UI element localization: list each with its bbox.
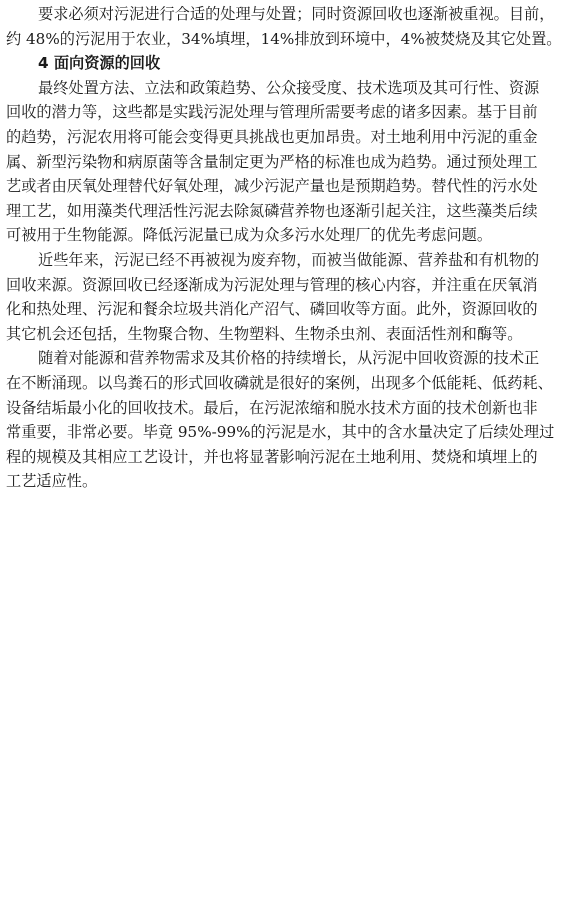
text-line: 要求必须对污泥进行合适的处理与处置；同时资源回收也逐渐被重视。目前，	[6, 2, 572, 27]
paragraph-1: 最终处置方法、立法和政策趋势、公众接受度、技术选项及其可行性、资源 回收的潜力等…	[6, 76, 572, 248]
text-line: 属、新型污染物和病原菌等含量制定更为严格的标准也成为趋势。通过预处理工	[6, 150, 572, 175]
section-heading: 4 面向资源的回收	[6, 51, 572, 76]
text-line: 理工艺，如用藻类代理活性污泥去除氮磷营养物也逐渐引起关注，这些藻类后续	[6, 199, 572, 224]
text-line: 其它机会还包括，生物聚合物、生物塑料、生物杀虫剂、表面活性剂和酶等。	[6, 322, 572, 347]
text-line: 随着对能源和营养物需求及其价格的持续增长，从污泥中回收资源的技术正	[6, 346, 572, 371]
text-line: 常重要，非常必要。毕竟 95%-99%的污泥是水，其中的含水量决定了后续处理过	[6, 420, 572, 445]
text-line: 艺或者由厌氧处理替代好氧处理，减少污泥产量也是预期趋势。替代性的污水处	[6, 174, 572, 199]
intro-paragraph: 要求必须对污泥进行合适的处理与处置；同时资源回收也逐渐被重视。目前， 约 48%…	[6, 2, 572, 51]
paragraph-2: 近些年来，污泥已经不再被视为废弃物，而被当做能源、营养盐和有机物的 回收来源。资…	[6, 248, 572, 346]
text-line: 的趋势，污泥农用将可能会变得更具挑战也更加昂贵。对土地利用中污泥的重金	[6, 125, 572, 150]
text-line: 约 48%的污泥用于农业，34%填埋，14%排放到环境中，4%被焚烧及其它处置。	[6, 27, 572, 52]
text-line: 化和热处理、污泥和餐余垃圾共消化产沼气、磷回收等方面。此外，资源回收的	[6, 297, 572, 322]
text-line: 程的规模及其相应工艺设计，并也将显著影响污泥在土地利用、焚烧和填埋上的	[6, 445, 572, 470]
text-line: 设备结垢最小化的回收技术。最后，在污泥浓缩和脱水技术方面的技术创新也非	[6, 396, 572, 421]
text-line: 工艺适应性。	[6, 469, 572, 494]
text-line: 在不断涌现。以鸟粪石的形式回收磷就是很好的案例，出现多个低能耗、低药耗、	[6, 371, 572, 396]
text-line: 近些年来，污泥已经不再被视为废弃物，而被当做能源、营养盐和有机物的	[6, 248, 572, 273]
document-page: 要求必须对污泥进行合适的处理与处置；同时资源回收也逐渐被重视。目前， 约 48%…	[6, 2, 572, 494]
text-line: 回收来源。资源回收已经逐渐成为污泥处理与管理的核心内容，并注重在厌氧消	[6, 273, 572, 298]
text-line: 最终处置方法、立法和政策趋势、公众接受度、技术选项及其可行性、资源	[6, 76, 572, 101]
paragraph-3: 随着对能源和营养物需求及其价格的持续增长，从污泥中回收资源的技术正 在不断涌现。…	[6, 346, 572, 494]
text-line: 回收的潜力等，这些都是实践污泥处理与管理所需要考虑的诸多因素。基于目前	[6, 100, 572, 125]
text-line: 可被用于生物能源。降低污泥量已成为众多污水处理厂的优先考虑问题。	[6, 223, 572, 248]
